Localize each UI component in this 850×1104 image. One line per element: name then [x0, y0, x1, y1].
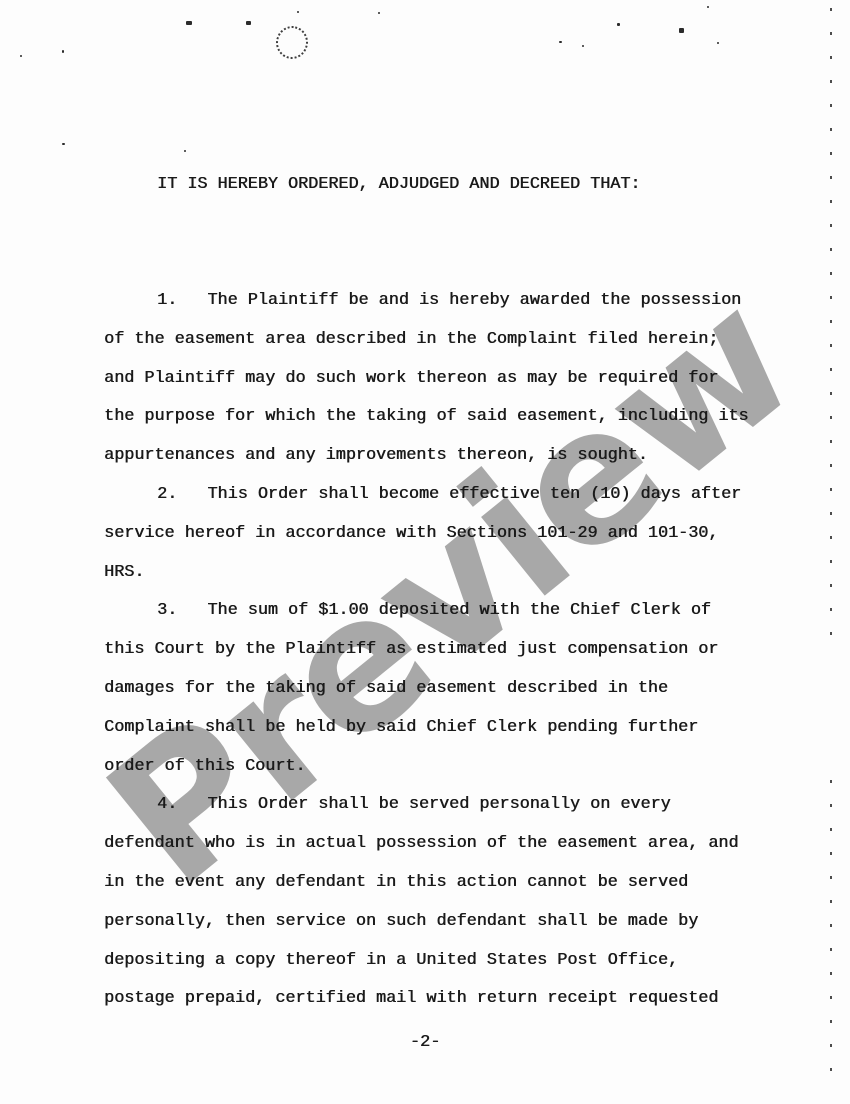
- scan-speck: [717, 42, 719, 44]
- scan-speck: [679, 28, 684, 33]
- document-line: appurtenances and any improvements there…: [104, 437, 814, 476]
- document-line: postage prepaid, certified mail with ret…: [104, 980, 814, 1019]
- scan-speck: [20, 55, 22, 57]
- document-line: 4. This Order shall be served personally…: [104, 786, 814, 825]
- scan-speck: [582, 45, 584, 47]
- document-line: Complaint shall be held by said Chief Cl…: [104, 709, 814, 748]
- scan-circle-mark: [273, 23, 311, 62]
- scan-speck: [246, 21, 251, 25]
- scan-speck: [617, 23, 620, 26]
- scan-speck: [378, 12, 380, 14]
- scan-speck: [184, 150, 186, 152]
- document-line: in the event any defendant in this actio…: [104, 864, 814, 903]
- document-line: this Court by the Plaintiff as estimated…: [104, 631, 814, 670]
- document-line: damages for the taking of said easement …: [104, 670, 814, 709]
- scan-speck: [559, 41, 562, 43]
- document-line: 1. The Plaintiff be and is hereby awarde…: [104, 282, 814, 321]
- scan-speck: [707, 6, 709, 8]
- scan-speck: [186, 21, 192, 25]
- document-line: 2. This Order shall become effective ten…: [104, 476, 814, 515]
- document-line: order of this Court.: [104, 748, 814, 787]
- scan-noise-right-edge-bottom: [830, 780, 832, 1080]
- scan-speck: [62, 143, 65, 145]
- document-body: IT IS HEREBY ORDERED, ADJUDGED AND DECRE…: [104, 88, 814, 1097]
- order-lines-container: 1. The Plaintiff be and is hereby awarde…: [104, 282, 814, 1019]
- document-line: of the easement area described in the Co…: [104, 321, 814, 360]
- document-line: defendant who is in actual possession of…: [104, 825, 814, 864]
- document-line: and Plaintiff may do such work thereon a…: [104, 360, 814, 399]
- page-number: -2-: [0, 1034, 850, 1052]
- document-line: HRS.: [104, 554, 814, 593]
- scan-speck: [297, 11, 299, 13]
- scan-noise-right-edge-top: [830, 8, 832, 638]
- scanned-document-page: Preview IT IS HEREBY ORDERED, ADJUDGED A…: [0, 0, 850, 1104]
- scan-speck: [62, 50, 64, 53]
- document-line: 3. The sum of $1.00 deposited with the C…: [104, 592, 814, 631]
- document-line: personally, then service on such defenda…: [104, 903, 814, 942]
- order-heading: IT IS HEREBY ORDERED, ADJUDGED AND DECRE…: [104, 166, 814, 205]
- document-line: the purpose for which the taking of said…: [104, 398, 814, 437]
- document-line: service hereof in accordance with Sectio…: [104, 515, 814, 554]
- document-line: depositing a copy thereof in a United St…: [104, 942, 814, 981]
